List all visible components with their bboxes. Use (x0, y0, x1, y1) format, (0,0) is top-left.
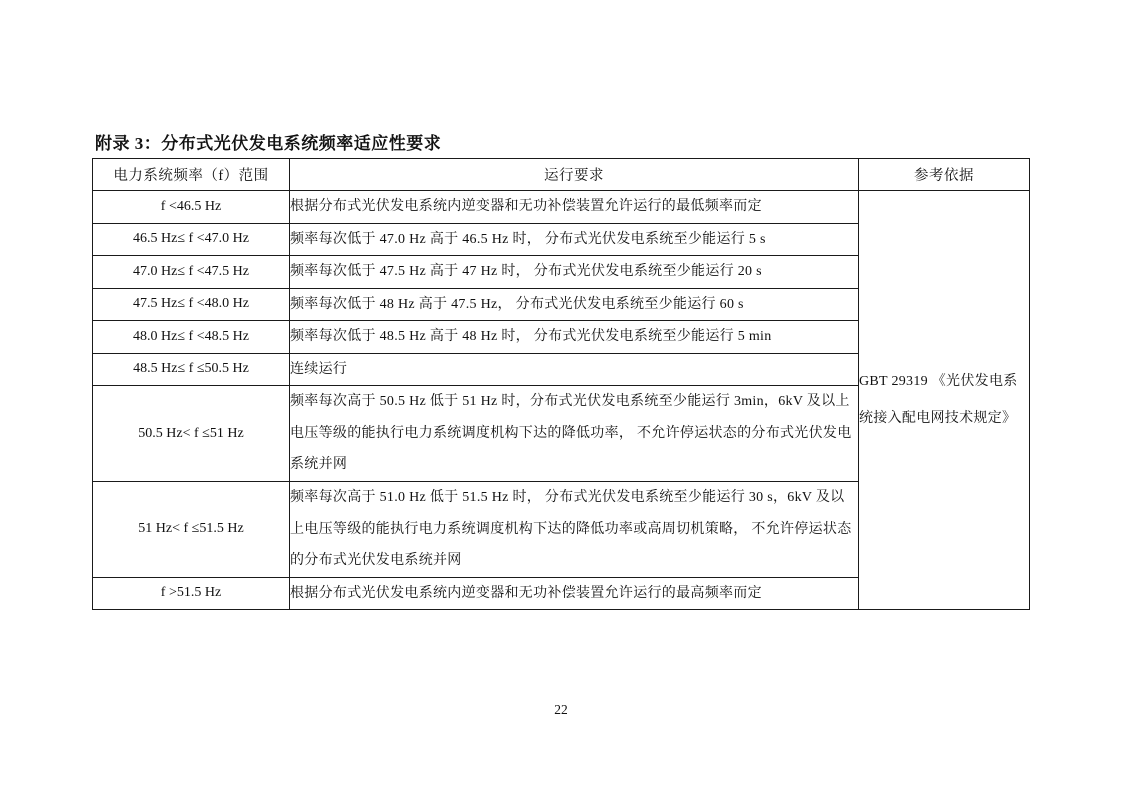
requirement-cell: 频率每次低于 48.5 Hz 高于 48 Hz 时， 分布式光伏发电系统至少能运… (290, 321, 859, 354)
freq-range-cell: 51 Hz< f ≤51.5 Hz (93, 482, 290, 578)
document-page: 附录 3：分布式光伏发电系统频率适应性要求 电力系统频率（f）范围 运行要求 参… (0, 0, 1122, 793)
appendix-title: 附录 3：分布式光伏发电系统频率适应性要求 (95, 129, 441, 154)
header-reference-basis: 参考依据 (859, 159, 1030, 191)
header-operating-requirement: 运行要求 (290, 159, 859, 191)
requirement-cell: 频率每次低于 47.0 Hz 高于 46.5 Hz 时， 分布式光伏发电系统至少… (290, 223, 859, 256)
requirement-cell: 根据分布式光伏发电系统内逆变器和无功补偿装置允许运行的最高频率而定 (290, 577, 859, 610)
frequency-requirements-table: 电力系统频率（f）范围 运行要求 参考依据 f <46.5 Hz 根据分布式光伏… (92, 158, 1030, 610)
table-row: f <46.5 Hz 根据分布式光伏发电系统内逆变器和无功补偿装置允许运行的最低… (93, 191, 1030, 224)
freq-range-cell: 47.0 Hz≤ f <47.5 Hz (93, 256, 290, 289)
requirement-cell: 频率每次低于 48 Hz 高于 47.5 Hz， 分布式光伏发电系统至少能运行 … (290, 288, 859, 321)
requirement-cell: 根据分布式光伏发电系统内逆变器和无功补偿装置允许运行的最低频率而定 (290, 191, 859, 224)
freq-range-cell: f >51.5 Hz (93, 577, 290, 610)
freq-range-cell: 48.0 Hz≤ f <48.5 Hz (93, 321, 290, 354)
requirement-cell: 频率每次高于 51.0 Hz 低于 51.5 Hz 时， 分布式光伏发电系统至少… (290, 482, 859, 578)
header-frequency-range: 电力系统频率（f）范围 (93, 159, 290, 191)
freq-range-cell: 47.5 Hz≤ f <48.0 Hz (93, 288, 290, 321)
table-header-row: 电力系统频率（f）范围 运行要求 参考依据 (93, 159, 1030, 191)
freq-range-cell: 46.5 Hz≤ f <47.0 Hz (93, 223, 290, 256)
freq-range-cell: 50.5 Hz< f ≤51 Hz (93, 386, 290, 482)
freq-range-cell: f <46.5 Hz (93, 191, 290, 224)
requirement-cell: 频率每次低于 47.5 Hz 高于 47 Hz 时， 分布式光伏发电系统至少能运… (290, 256, 859, 289)
requirement-cell: 频率每次高于 50.5 Hz 低于 51 Hz 时，分布式光伏发电系统至少能运行… (290, 386, 859, 482)
reference-cell: GBT 29319 《光伏发电系统接入配电网技术规定》 (859, 191, 1030, 610)
requirement-cell: 连续运行 (290, 353, 859, 386)
freq-range-cell: 48.5 Hz≤ f ≤50.5 Hz (93, 353, 290, 386)
page-number: 22 (0, 702, 1122, 718)
